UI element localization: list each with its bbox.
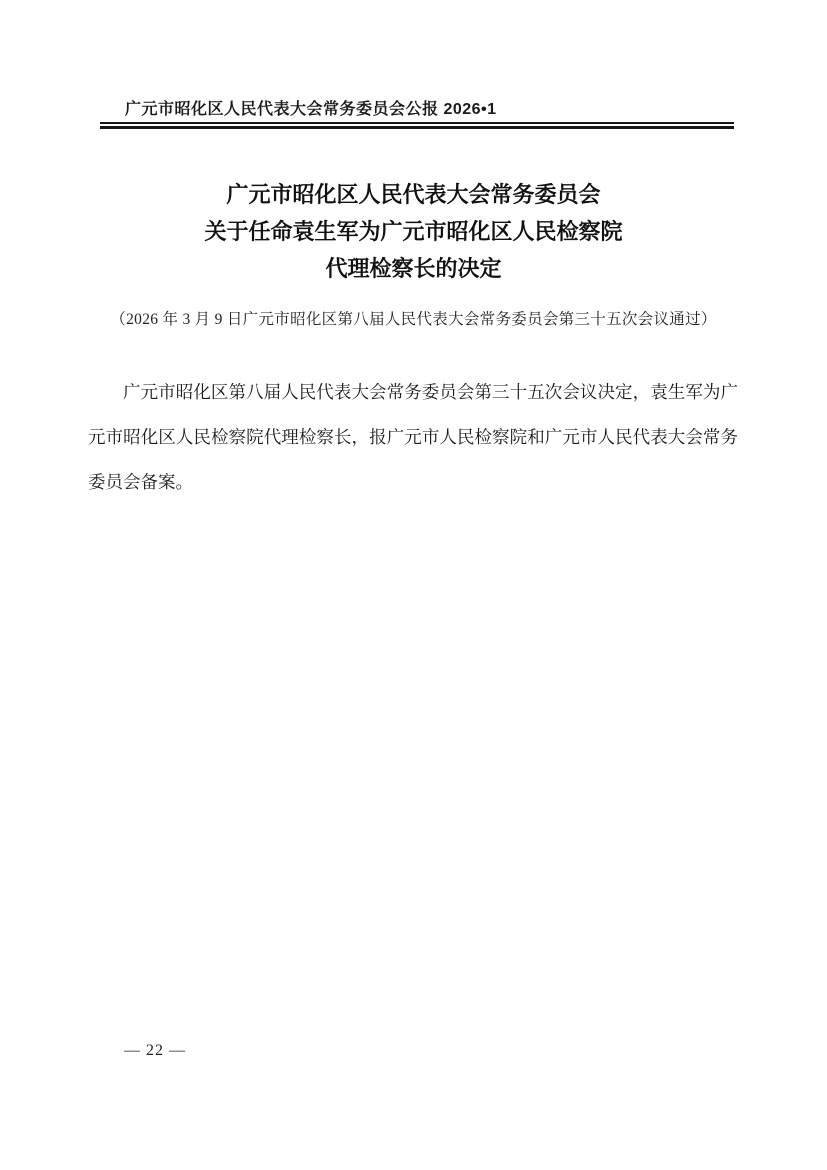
document-title: 广元市昭化区人民代表大会常务委员会 关于任命袁生军为广元市昭化区人民检察院 代理…	[0, 176, 827, 287]
masthead-rule	[100, 122, 734, 129]
document-title-line-3: 代理检察长的决定	[0, 250, 827, 287]
document-title-line-1: 广元市昭化区人民代表大会常务委员会	[0, 176, 827, 213]
masthead-rule-thick-line	[100, 126, 734, 129]
masthead-text: 广元市昭化区人民代表大会常务委员会公报 2026•1	[125, 96, 497, 119]
page-number: — 22 —	[124, 1042, 186, 1060]
body-paragraph: 广元市昭化区第八届人民代表大会常务委员会第三十五次会议决定，袁生军为广元市昭化区…	[88, 370, 738, 505]
gazette-page: 广元市昭化区人民代表大会常务委员会公报 2026•1 广元市昭化区人民代表大会常…	[0, 0, 827, 1170]
document-title-line-2: 关于任命袁生军为广元市昭化区人民检察院	[0, 213, 827, 250]
adoption-note: （2026 年 3 月 9 日广元市昭化区第八届人民代表大会常务委员会第三十五次…	[0, 307, 827, 329]
